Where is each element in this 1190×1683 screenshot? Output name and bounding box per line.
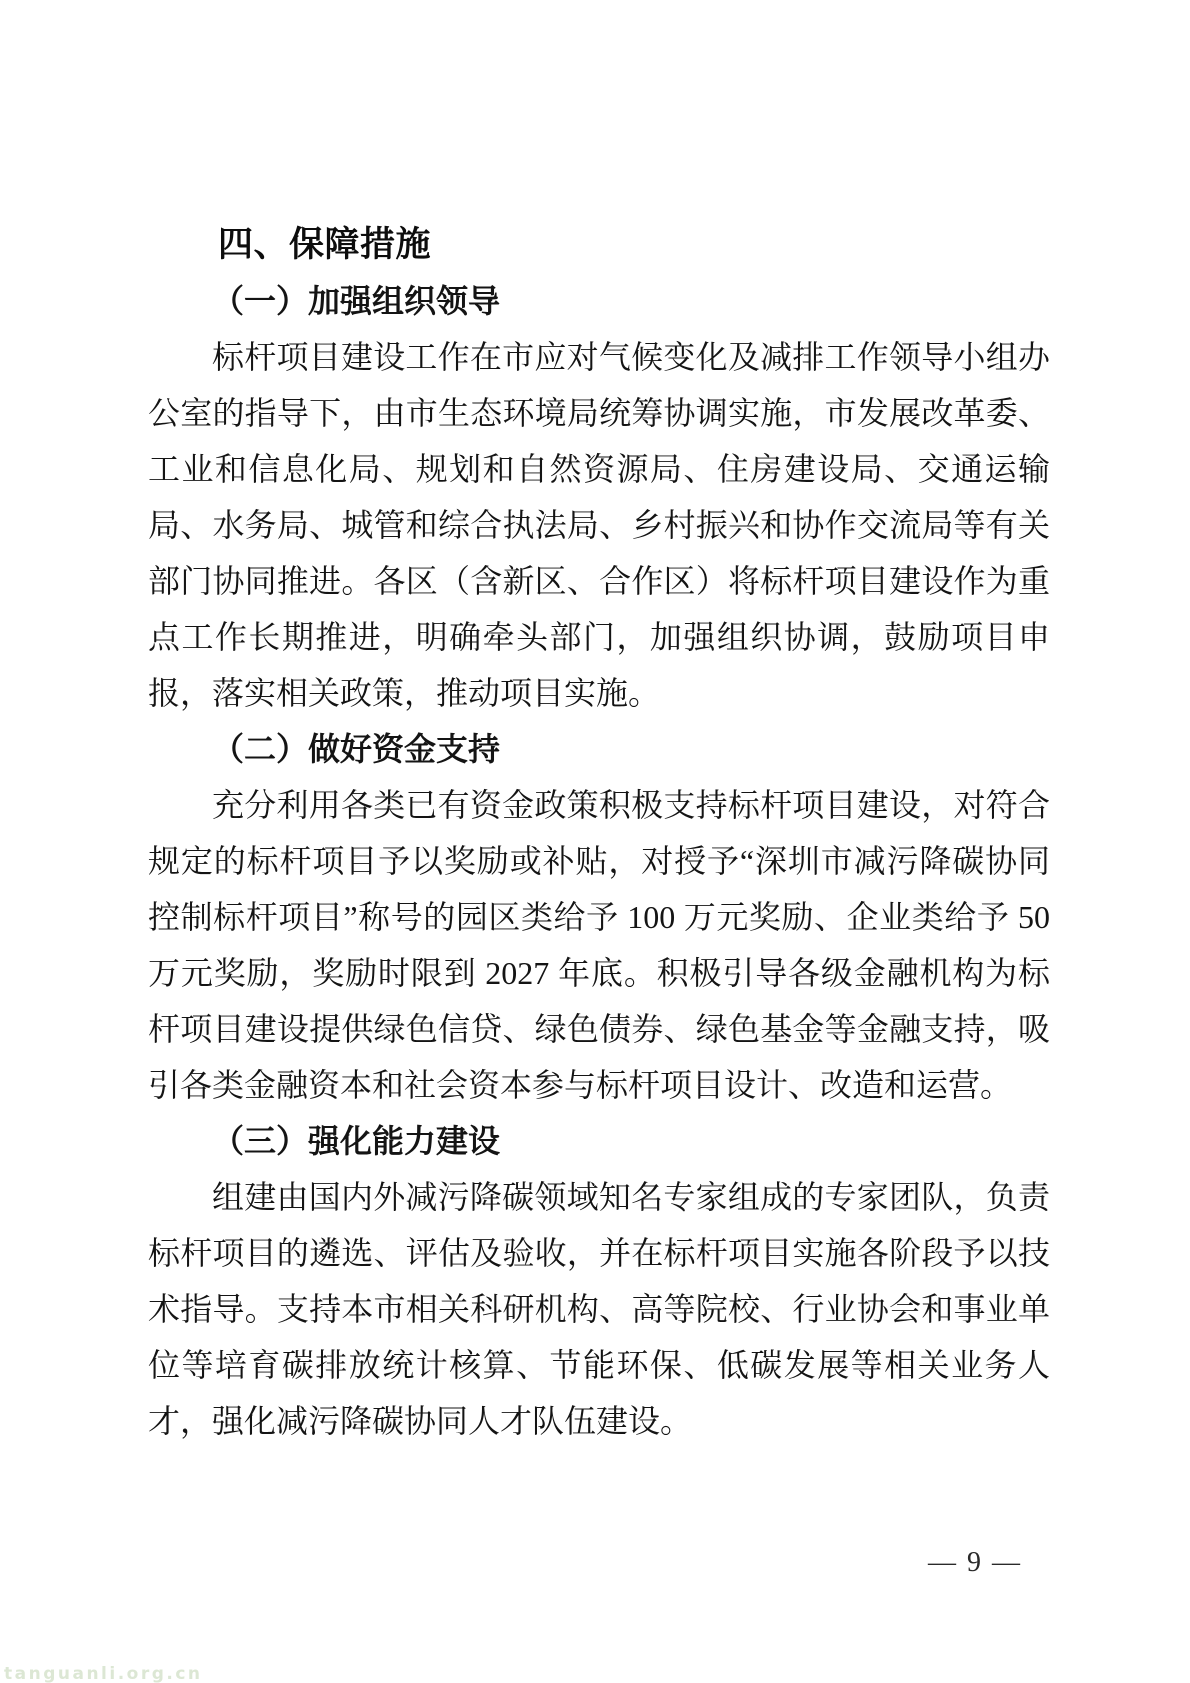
paragraph-1: 标杆项目建设工作在市应对气候变化及减排工作领导小组办公室的指导下，由市生态环境局… [148, 329, 1050, 721]
page-number: — 9 — [928, 1547, 1022, 1579]
document-body: 四、保障措施 （一）加强组织领导 标杆项目建设工作在市应对气候变化及减排工作领导… [148, 217, 1050, 1449]
subsection-heading-3: （三）强化能力建设 [148, 1113, 1050, 1169]
document-page: 四、保障措施 （一）加强组织领导 标杆项目建设工作在市应对气候变化及减排工作领导… [0, 0, 1190, 1683]
subsection-heading-1: （一）加强组织领导 [148, 273, 1050, 329]
subsection-heading-2: （二）做好资金支持 [148, 721, 1050, 777]
paragraph-2: 充分利用各类已有资金政策积极支持标杆项目建设，对符合规定的标杆项目予以奖励或补贴… [148, 777, 1050, 1113]
paragraph-3: 组建由国内外减污降碳领域知名专家组成的专家团队，负责标杆项目的遴选、评估及验收，… [148, 1169, 1050, 1449]
section-title: 四、保障措施 [148, 217, 1050, 273]
watermark: tanguanli.org.cn [4, 1664, 203, 1683]
